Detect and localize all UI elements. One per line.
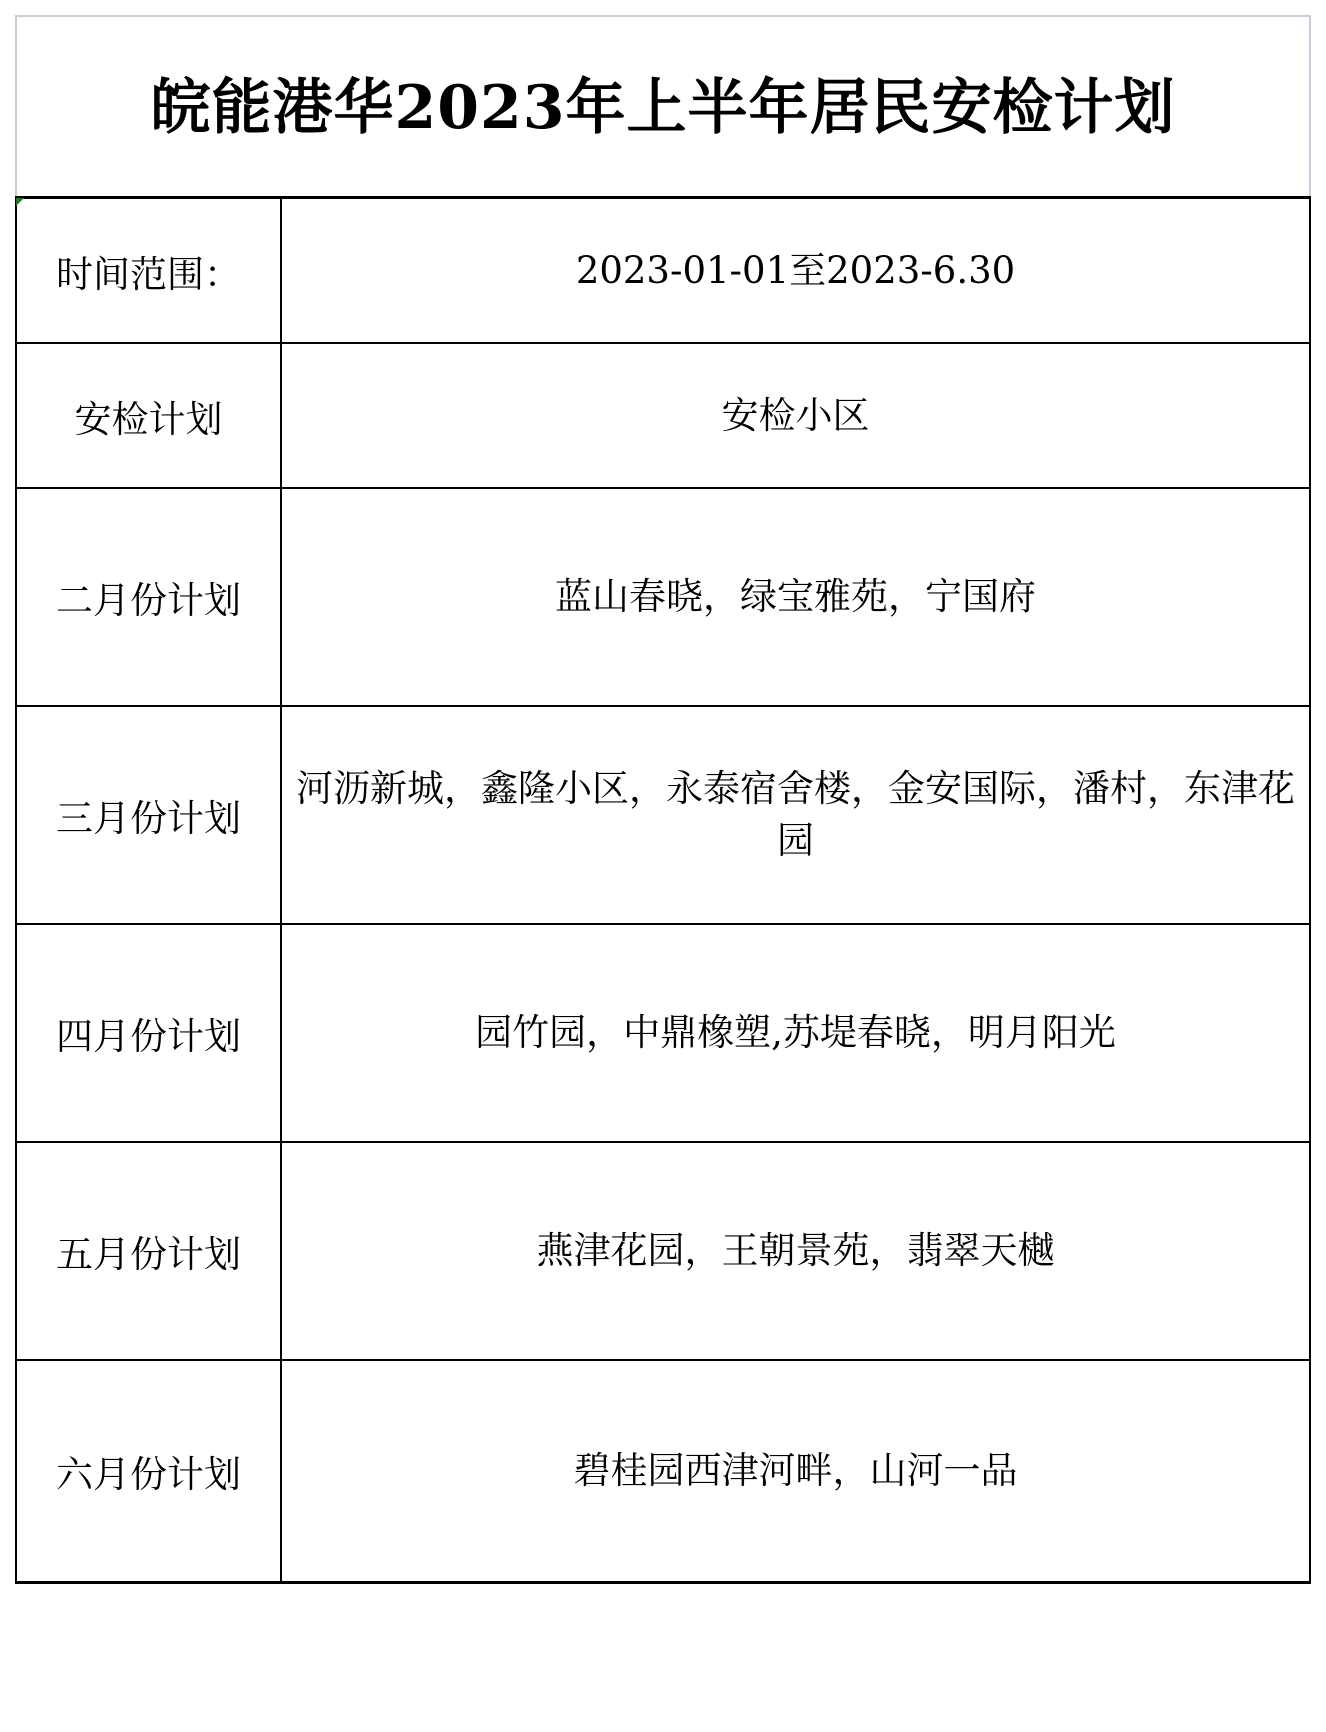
value-cell[interactable]: 蓝山春晓，绿宝雅苑，宁国府 [282, 489, 1309, 705]
label-cell[interactable]: 二月份计划 [17, 489, 282, 705]
value-cell[interactable]: 安检小区 [282, 344, 1309, 487]
row-label: 二月份计划 [56, 570, 241, 624]
value-cell[interactable]: 园竹园，中鼎橡塑,苏堤春晓，明月阳光 [282, 925, 1309, 1141]
plan-table: 时间范围： 2023-01-01至2023-6.30 安检计划 安检小区 二月份… [15, 196, 1311, 1584]
row-value: 蓝山春晓，绿宝雅苑，宁国府 [555, 571, 1036, 623]
row-value: 碧桂园西津河畔，山河一品 [574, 1445, 1018, 1497]
row-value: 园竹园，中鼎橡塑,苏堤春晓，明月阳光 [475, 1007, 1116, 1059]
row-value: 燕津花园，王朝景苑，翡翠天樾 [537, 1225, 1055, 1277]
row-label: 三月份计划 [56, 788, 241, 842]
table-row-header: 安检计划 安检小区 [17, 344, 1309, 489]
row-label: 四月份计划 [56, 1006, 241, 1060]
row-label: 安检计划 [75, 389, 223, 443]
document-title: 皖能港华2023年上半年居民安检计划 [151, 60, 1176, 146]
label-cell[interactable]: 安检计划 [17, 344, 282, 487]
row-label: 五月份计划 [56, 1224, 241, 1278]
label-cell[interactable]: 六月份计划 [17, 1361, 282, 1581]
table-row-march: 三月份计划 河沥新城，鑫隆小区，永泰宿舍楼，金安国际，潘村，东津花园 [17, 707, 1309, 925]
table-row-february: 二月份计划 蓝山春晓，绿宝雅苑，宁国府 [17, 489, 1309, 707]
table-row-may: 五月份计划 燕津花园，王朝景苑，翡翠天樾 [17, 1143, 1309, 1361]
value-cell[interactable]: 燕津花园，王朝景苑，翡翠天樾 [282, 1143, 1309, 1359]
label-cell[interactable]: 三月份计划 [17, 707, 282, 923]
table-row-april: 四月份计划 园竹园，中鼎橡塑,苏堤春晓，明月阳光 [17, 925, 1309, 1143]
value-cell[interactable]: 碧桂园西津河畔，山河一品 [282, 1361, 1309, 1581]
title-cell[interactable]: 皖能港华2023年上半年居民安检计划 [15, 15, 1311, 196]
table-row-time-range: 时间范围： 2023-01-01至2023-6.30 [17, 199, 1309, 344]
table-row-june: 六月份计划 碧桂园西津河畔，山河一品 [17, 1361, 1309, 1581]
label-cell[interactable]: 四月份计划 [17, 925, 282, 1141]
row-label: 六月份计划 [56, 1444, 241, 1498]
row-value: 安检小区 [722, 390, 870, 442]
row-label: 时间范围： [56, 244, 241, 298]
cell-comment-marker-icon [16, 198, 24, 206]
row-value: 2023-01-01至2023-6.30 [576, 245, 1015, 297]
row-value: 河沥新城，鑫隆小区，永泰宿舍楼，金安国际，潘村，东津花园 [290, 763, 1301, 867]
value-cell[interactable]: 2023-01-01至2023-6.30 [282, 199, 1309, 342]
label-cell[interactable]: 时间范围： [17, 199, 282, 342]
value-cell[interactable]: 河沥新城，鑫隆小区，永泰宿舍楼，金安国际，潘村，东津花园 [282, 707, 1309, 923]
label-cell[interactable]: 五月份计划 [17, 1143, 282, 1359]
